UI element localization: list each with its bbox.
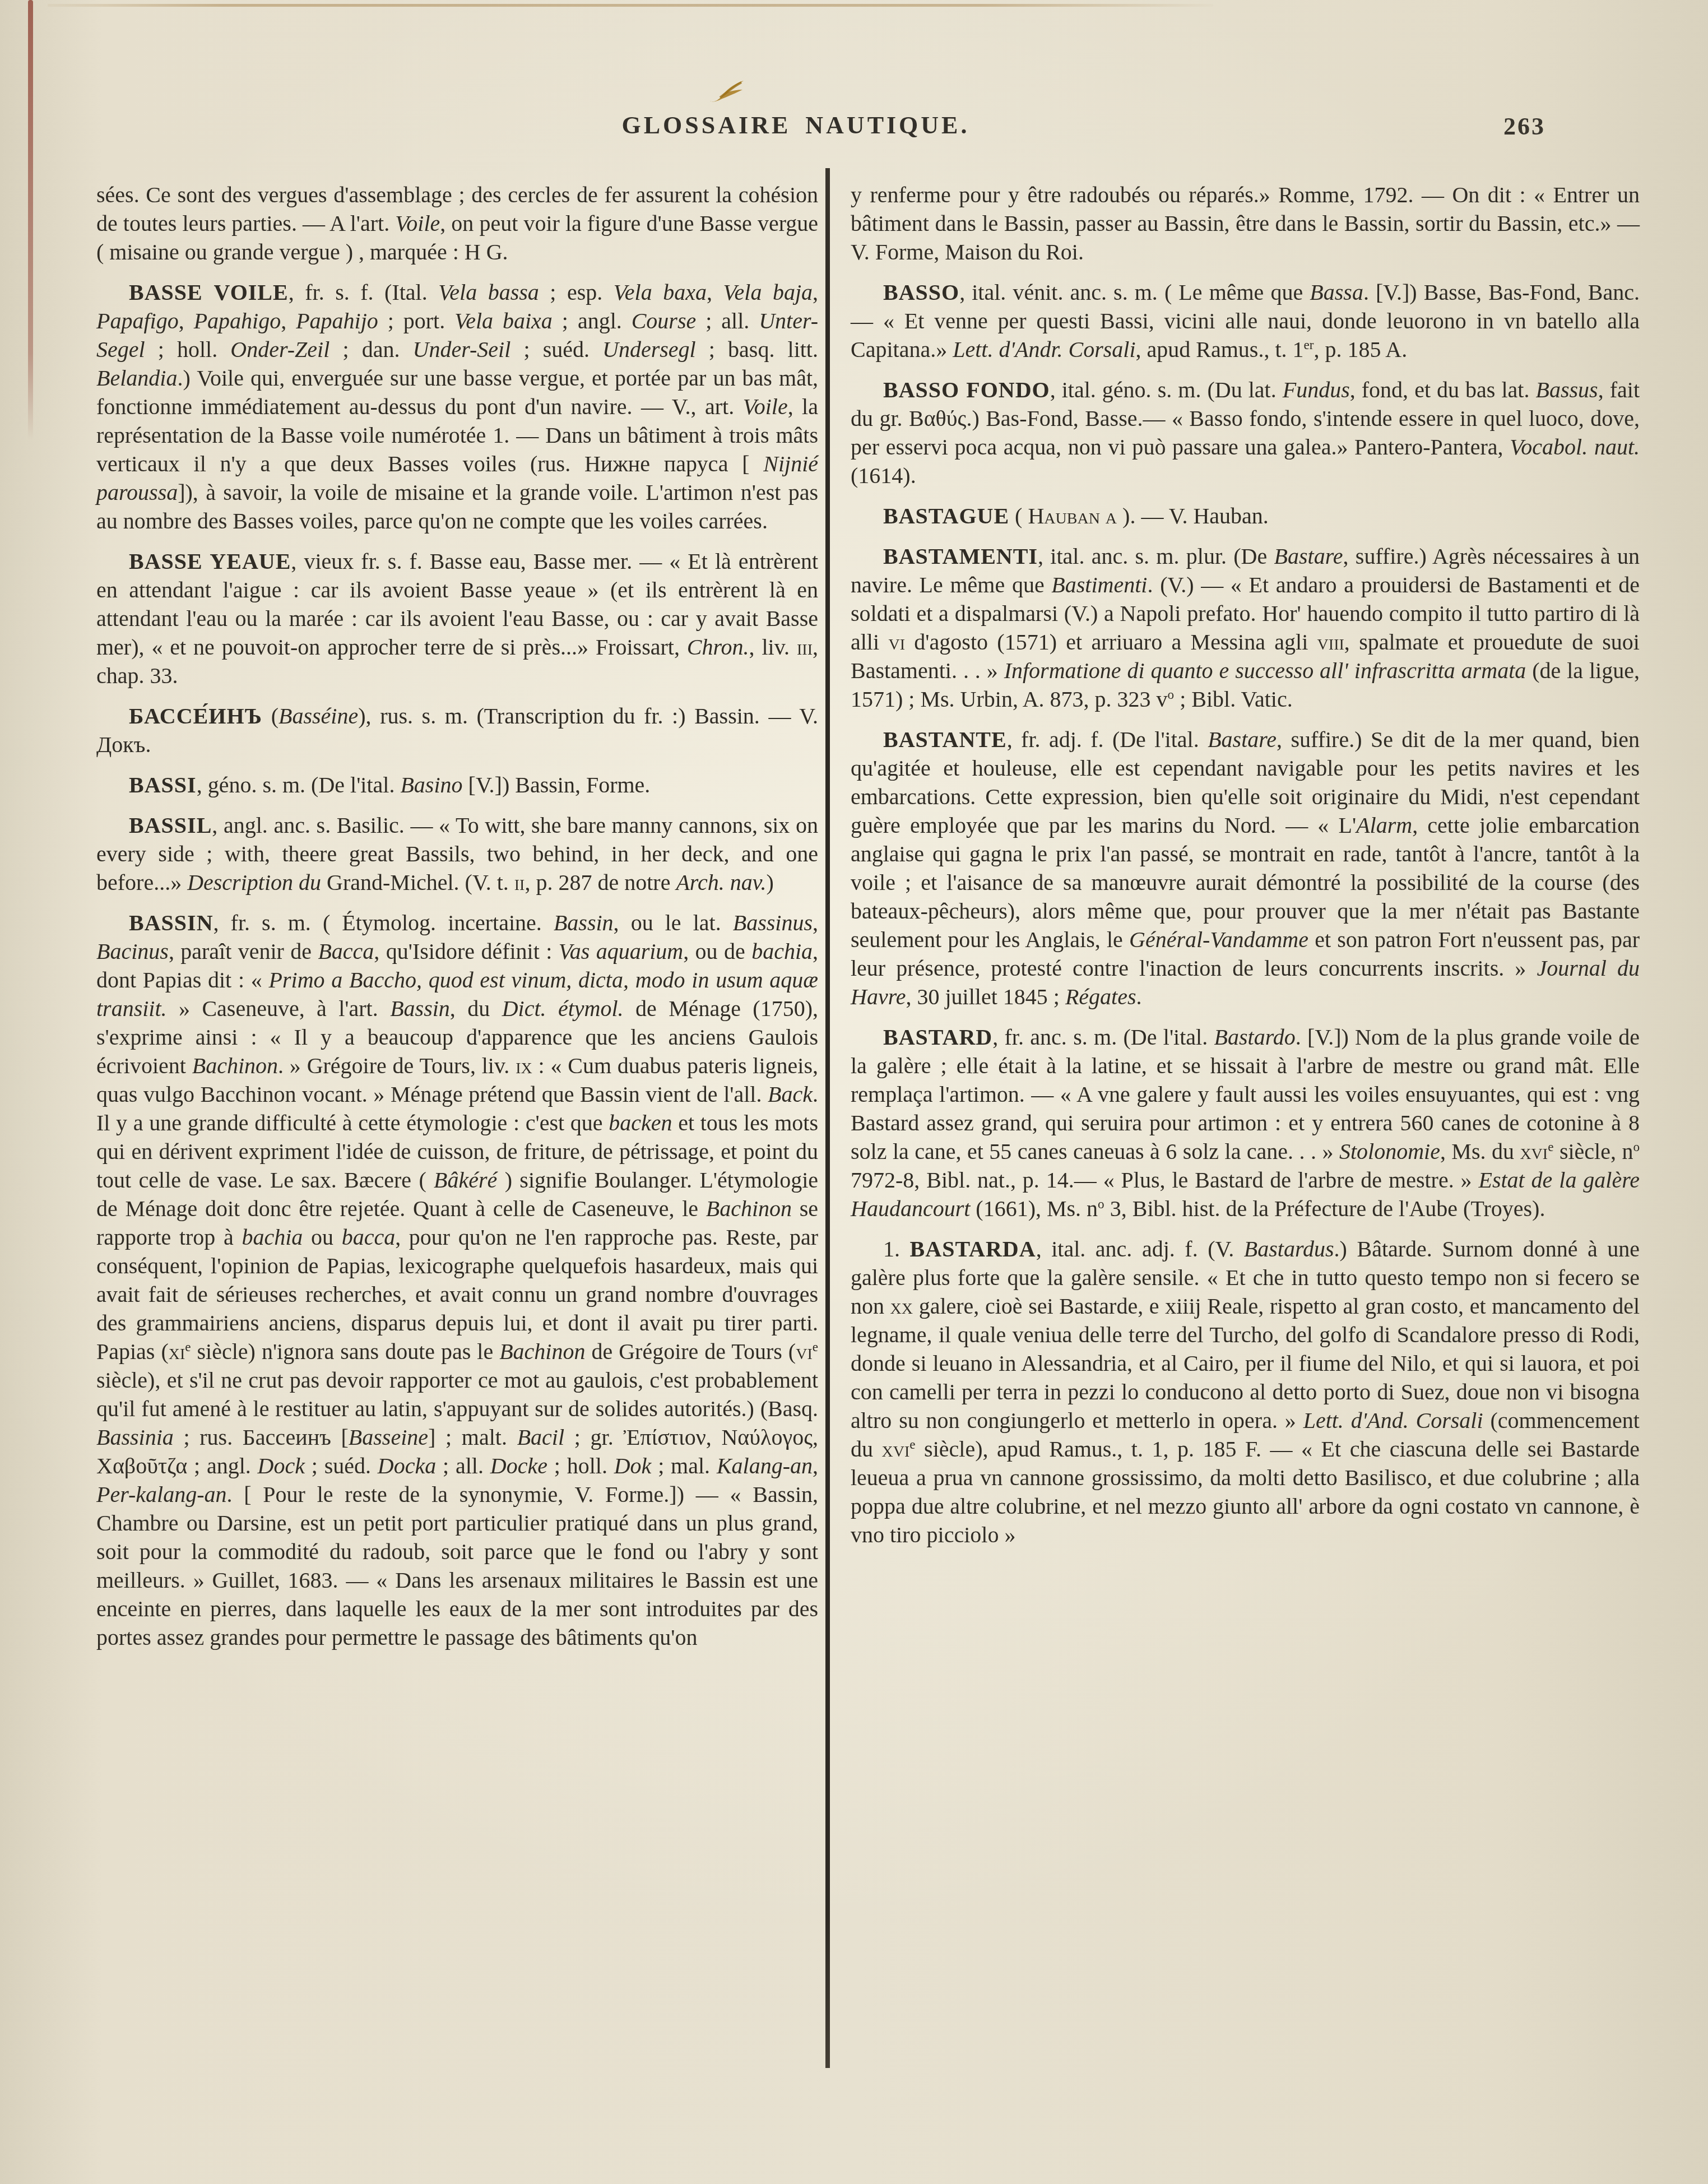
scanned-dictionary-page: GLOSSAIRE NAUTIQUE. 263 sées. Ce sont de… [0,0,1708,2184]
entry-bastante: BASTANTE, fr. adj. f. (De l'ital. Bastar… [851,725,1640,1011]
entry-basse-vergue-continuation: sées. Ce sont des vergues d'assemblage ;… [96,180,818,266]
entry-basso-fondo: BASSO FONDO, ital. géno. s. m. (Du lat. … [851,375,1640,490]
ink-squiggle-mark [703,66,754,111]
page-header-row: GLOSSAIRE NAUTIQUE. 263 [0,111,1708,145]
running-header-title: GLOSSAIRE NAUTIQUE. [0,111,1625,140]
entry-bastague: BASTAGUE ( Hauban a ). — V. Hauban. [851,502,1640,530]
scan-edge-red-line [28,0,33,440]
page-number: 263 [1503,112,1545,141]
entry-bassi: BASSI, géno. s. m. (De l'ital. Basino [V… [96,771,818,799]
entry-basse-voile: BASSE VOILE, fr. s. f. (Ital. Vela bassa… [96,278,818,535]
scan-edge-top-line [48,4,1213,7]
entry-bassil: BASSIL, angl. anc. s. Basilic. — « To wi… [96,811,818,897]
column-right: y renferme pour y être radoubés ou répar… [851,180,1640,1561]
column-left: sées. Ce sont des vergues d'assemblage ;… [96,180,818,1663]
entry-basso: BASSO, ital. vénit. anc. s. m. ( Le même… [851,278,1640,364]
entry-basseine-russe: БАССЕ́ИНЪ (Basséine), rus. s. m. (Transc… [96,702,818,759]
entry-basse-yeaue: BASSE YEAUE, vieux fr. s. f. Basse eau, … [96,547,818,690]
column-divider-rule [825,168,830,2068]
entry-bassin: BASSIN, fr. s. m. ( Étymolog. incertaine… [96,908,818,1652]
entry-bassin-continuation: y renferme pour y être radoubés ou répar… [851,180,1640,266]
entry-bastard: BASTARD, fr. anc. s. m. (De l'ital. Bast… [851,1023,1640,1223]
entry-bastarda: 1. BASTARDA, ital. anc. adj. f. (V. Bast… [851,1235,1640,1549]
entry-bastamenti: BASTAMENTI, ital. anc. s. m. plur. (De B… [851,542,1640,713]
